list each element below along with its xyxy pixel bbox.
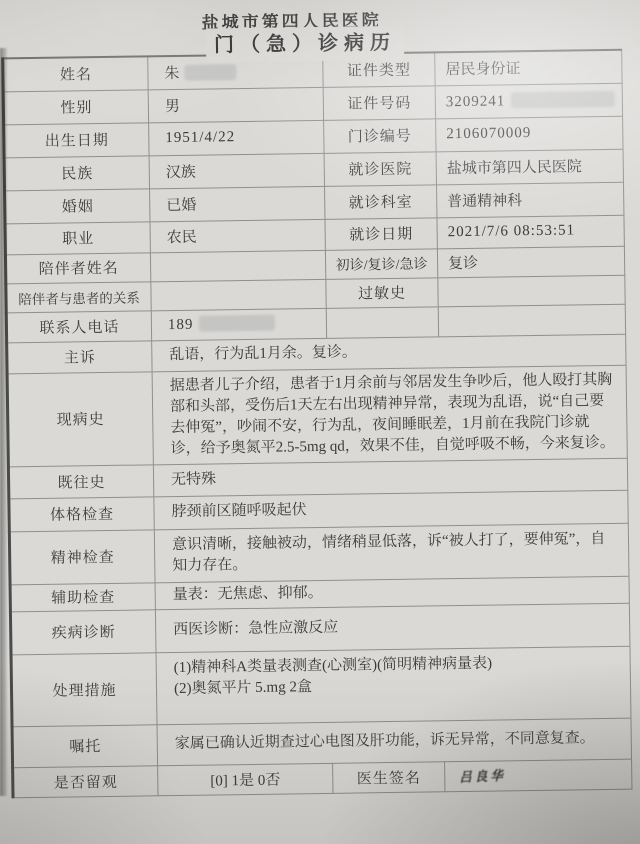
doctor-sign-label: 医生签名 xyxy=(333,761,445,793)
medical-record-table: 姓名 朱 证件类型 居民身份证 性别 男 证件号码 3209241 出生日期 1… xyxy=(1,49,632,798)
id-number-value-cell: 3209241 xyxy=(435,83,622,119)
companion-relation-value xyxy=(151,279,326,310)
contact-phone-value-cell: 189 xyxy=(151,308,326,340)
auxiliary-exam-label: 辅助检查 xyxy=(10,582,155,611)
visit-hospital-label: 就诊医院 xyxy=(324,151,436,186)
redaction-mask xyxy=(198,315,274,332)
treatment-label: 处理措施 xyxy=(11,652,157,726)
marriage-label: 婚姻 xyxy=(5,188,150,223)
ethnicity-label: 民族 xyxy=(4,155,149,190)
allergy-label: 过敏史 xyxy=(326,277,438,308)
id-number-value: 3209241 xyxy=(446,93,506,110)
birthdate-label: 出生日期 xyxy=(4,122,149,157)
diagnosis-value: 西医诊断：急性应激反应 xyxy=(155,603,630,653)
outpatient-no-value: 2106070009 xyxy=(436,116,623,152)
visit-hospital-value: 盐城市第四人民医院 xyxy=(436,149,623,185)
empty-cell xyxy=(438,304,625,337)
present-illness-value: 据患者儿子介绍，患者于1月余前与邻居发生争吵后，他人殴打其胸部和头部，受伤后1天… xyxy=(152,365,627,465)
gender-label: 性别 xyxy=(3,89,148,124)
name-value: 朱 xyxy=(164,66,179,82)
visit-type-value: 复诊 xyxy=(437,246,624,278)
diagnosis-label: 疾病诊断 xyxy=(10,609,156,654)
marriage-value: 已婚 xyxy=(150,186,325,221)
medical-record-page: 盐城市第四人民医院 门（急）诊病历 姓名 朱 证件类型 居民身份证 性别 男 证… xyxy=(0,0,640,844)
contact-phone-label: 联系人电话 xyxy=(6,310,151,342)
present-illness-label: 现病史 xyxy=(7,371,153,466)
allergy-value xyxy=(438,275,625,307)
redaction-mask xyxy=(510,90,614,107)
row-mental-exam: 精神检查 意识清晰，接触被动，情绪稍显低落，诉“被人打了，要伸冤”，自知力存在。 xyxy=(9,523,629,585)
observation-value: [0] 1是 0否 xyxy=(158,763,333,795)
contact-phone-value: 189 xyxy=(168,317,194,333)
document-photo: 盐城市第四人民医院 门（急）诊病历 姓名 朱 证件类型 居民身份证 性别 男 证… xyxy=(0,0,640,844)
observation-label: 是否留观 xyxy=(13,765,158,797)
physical-exam-label: 体格检查 xyxy=(9,496,154,531)
mental-exam-value: 意识清晰，接触被动，情绪稍显低落，诉“被人打了，要伸冤”，自知力存在。 xyxy=(154,523,629,583)
outpatient-no-label: 门诊编号 xyxy=(324,118,436,153)
companion-name-value xyxy=(150,250,325,281)
companion-name-label: 陪伴者姓名 xyxy=(5,252,150,283)
id-number-label: 证件号码 xyxy=(323,85,435,120)
ethnicity-value: 汉族 xyxy=(149,153,324,188)
empty-cell xyxy=(326,306,438,338)
birthdate-value: 1951/4/22 xyxy=(149,120,324,155)
mental-exam-label: 精神检查 xyxy=(9,529,155,584)
occupation-label: 职业 xyxy=(5,221,150,254)
instructions-value: 家属已确认近期查过心电图及肝功能，诉无异常，不同意复查。 xyxy=(157,718,632,766)
department-label: 就诊科室 xyxy=(325,184,437,219)
instructions-label: 嘱托 xyxy=(12,724,158,767)
visit-date-label: 就诊日期 xyxy=(325,217,437,250)
paper-left-edge-shadow xyxy=(0,48,7,796)
department-value: 普通精神科 xyxy=(437,182,624,218)
chief-complaint-label: 主诉 xyxy=(7,340,152,373)
past-history-label: 既往史 xyxy=(8,464,153,498)
gender-value: 男 xyxy=(148,87,323,122)
treatment-value: (1)精神科A类量表测查(心测室)(简明精神病量表) (2)奥氮平片 5.mg … xyxy=(156,646,631,725)
visit-date-value: 2021/7/6 08:53:51 xyxy=(437,215,624,249)
redaction-mask xyxy=(184,64,236,81)
row-treatment: 处理措施 (1)精神科A类量表测查(心测室)(简明精神病量表) (2)奥氮平片 … xyxy=(11,646,631,727)
visit-type-label: 初诊/复诊/急诊 xyxy=(325,248,437,279)
companion-relation-label: 陪伴者与患者的关系 xyxy=(6,281,151,312)
row-present-illness: 现病史 据患者儿子介绍，患者于1月余前与邻居发生争吵后，他人殴打其胸部和头部，受… xyxy=(7,365,627,467)
doctor-signature-cell: 吕良华 xyxy=(445,759,632,792)
document-title: 门（急）诊病历 xyxy=(206,26,404,63)
occupation-value: 农民 xyxy=(150,219,325,252)
doctor-signature: 吕良华 xyxy=(459,765,506,786)
